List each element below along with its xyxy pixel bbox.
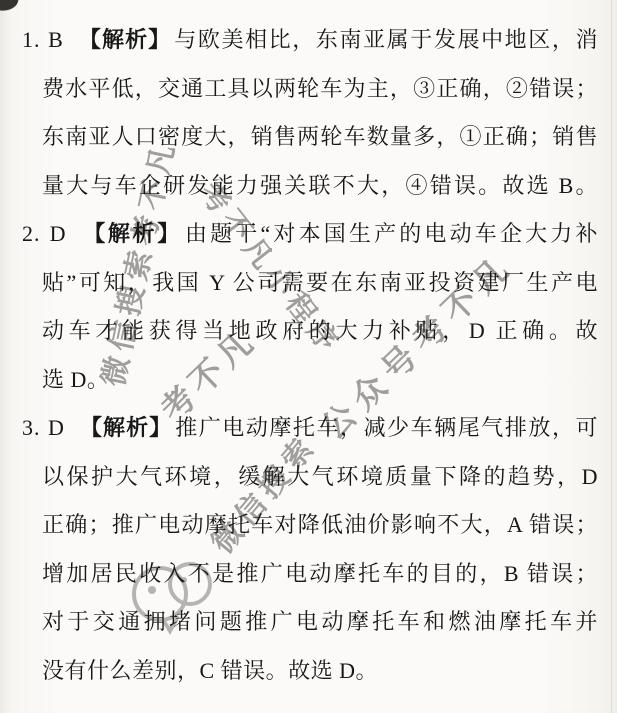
answer-line: 费水平低，交通工具以两轮车为主，③正确，②错误； xyxy=(22,65,598,114)
answer-number: 1. B xyxy=(22,27,64,52)
answer-item-3: 3. D【解析】推广电动摩托车，减少车辆尾气排放，可 以保护大气环境，缓解大气环… xyxy=(22,404,598,695)
analysis-tag: 【解析】 xyxy=(78,27,172,52)
answer-content: 1. B【解析】与欧美相比，东南亚属于发展中地区，消 费水平低，交通工具以两轮车… xyxy=(0,0,617,713)
analysis-tag: 【解析】 xyxy=(81,221,182,246)
answer-text: 推广电动摩托车，减少车辆尾气排放，可 xyxy=(175,415,598,440)
answer-item-2: 2. D【解析】由题干“对本国生产的电动车企大力补 贴”可知，我国 Y 公司需要… xyxy=(22,210,598,404)
answer-line: 增加居民收入不是推广电动摩托车的目的，B 错误； xyxy=(22,550,598,599)
answer-line: 选 D。 xyxy=(22,356,598,405)
answer-line: 对于交通拥堵问题推广电动摩托车和燃油摩托车并 xyxy=(22,598,598,647)
answer-text: 与欧美相比，东南亚属于发展中地区，消 xyxy=(174,27,598,52)
answer-line: 3. D【解析】推广电动摩托车，减少车辆尾气排放，可 xyxy=(22,404,598,453)
answer-text: 由题干“对本国生产的电动车企大力补 xyxy=(185,221,598,246)
answer-item-1: 1. B【解析】与欧美相比，东南亚属于发展中地区，消 费水平低，交通工具以两轮车… xyxy=(22,16,598,210)
answer-line: 动车才能获得当地政府的大力补贴，D 正确。故 xyxy=(22,307,598,356)
answer-line: 2. D【解析】由题干“对本国生产的电动车企大力补 xyxy=(22,210,598,259)
answer-number: 2. D xyxy=(22,221,67,246)
answer-line: 1. B【解析】与欧美相比，东南亚属于发展中地区，消 xyxy=(22,16,598,65)
answer-line: 量大与车企研发能力强关联不大，④错误。故选 B。 xyxy=(22,162,598,211)
answer-line: 东南亚人口密度大，销售两轮车数量多，①正确；销售 xyxy=(22,113,598,162)
answer-line: 没有什么差别，C 错误。故选 D。 xyxy=(22,647,598,696)
answer-line: 正确；推广电动摩托车对降低油价影响不大，A 错误； xyxy=(22,501,598,550)
analysis-tag: 【解析】 xyxy=(79,415,172,440)
scanned-answer-document: 微信搜索考不凡 考不凡小程序 考不凡 公众号考不凡 微信搜索 1. B【解析】与… xyxy=(0,0,617,713)
answer-line: 以保护大气环境，缓解大气环境质量下降的趋势，D xyxy=(22,453,598,502)
answer-number: 3. D xyxy=(22,415,65,440)
answer-line: 贴”可知，我国 Y 公司需要在东南亚投资建厂生产电 xyxy=(22,259,598,308)
